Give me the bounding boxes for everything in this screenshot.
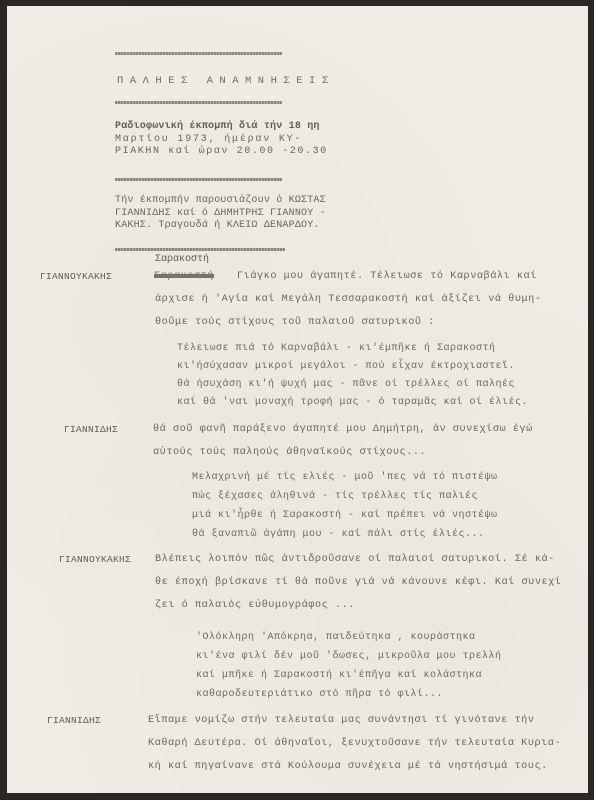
verse-line: θά ήσυχάση κι'ή ψυχή μας - πᾶνε οί τρέλλ… (177, 379, 528, 397)
document-title: ΠΑΛΗΕΣ ΑΝΑΜΝΗΣΕΙΣ (117, 75, 335, 87)
broadcast-info-line: ΡΙΑΚΗΝ καί ώραν 20.00 -20.30 (115, 146, 328, 159)
speaker-name: ΓΙΑΝΝΙΔΗΣ (64, 424, 118, 435)
verse-line: καί θά 'ναι μοναχή τροφή μας - ό ταραμᾶς… (177, 397, 528, 415)
broadcast-info-line: Ραδιοφωνική έκπομπή διά τήν 18 ηη (115, 121, 328, 134)
verse-block: 'Ολόκληρη 'Απόκρηα, παιδεύτηκα , κουράστ… (196, 632, 502, 708)
verse-line: πώς ξέχασες άληθινά - τίς τρέλλες τίς πα… (192, 491, 498, 510)
presenters-line: Τήν έκπομπήν παρουσιάζουν ό ΚΩΣΤΑΣ (115, 195, 326, 208)
broadcast-info: Ραδιοφωνική έκπομπή διά τήν 18 ηη Μαρτίο… (115, 121, 328, 159)
struck-word: Σαρακοστή (154, 271, 214, 282)
verse-line: καθαροδευτεριάτικο στό πῆρα τό φιλί... (196, 689, 502, 708)
verse-line: Τέλειωσε πιά τό Καρναβάλι - κι'έμπῆκε ή … (177, 343, 528, 361)
dialogue-line: θά σοῦ φανῆ παράξενο άγαπητέ μου Δημήτρη… (153, 424, 533, 435)
dialogue-line: άρχισε ή 'Αγία καί Μεγάλη Τεσσαρακοστή κ… (155, 294, 541, 305)
dialogue-line: θοῦμε τούς στίχους τοῦ παλαιοῦ σατυρικοῦ… (155, 317, 435, 328)
speaker-name: ΓΙΑΝΝΟΥΚΑΚΗΣ (40, 271, 112, 282)
verse-block: Μελαχρινή μέ τίς ελιές - μοῦ 'πες νά τό … (192, 472, 498, 548)
dialogue-line: αὐτούς τούς παληούς άθηναϊκούς στίχους..… (153, 447, 426, 458)
broadcast-info-line: Μαρτίου 1973, ήμέραν ΚΥ- (115, 134, 328, 147)
speaker-name: ΓΙΑΝΝΟΥΚΑΚΗΣ (59, 554, 131, 565)
verse-line: κι'ήσύχασαν μικροί μεγάλοι - πού εἶχαν έ… (177, 361, 528, 379)
dialogue-line: Βλέπεις λοιπόν πῶς άντιδροῦσανε οί παλαι… (155, 554, 555, 565)
dialogue-line: Καθαρή Δευτέρα. Οί άθηναῖοι, ξενυχτοῦσαν… (148, 738, 561, 749)
dialogue-line: ζει ό παλαιός εὐθυμογράφος ... (155, 600, 355, 611)
presenters-info: Τήν έκπομπήν παρουσιάζουν ό ΚΩΣΤΑΣ ΓΙΑΝΝ… (115, 195, 326, 233)
dialogue-line: θε έποχή βρίσκανε τί θά ποῦνε γιά νά κάν… (155, 577, 561, 588)
verse-line: θά ξαναπιῶ άγάπη μου - καί πάλι στίς έλι… (192, 529, 498, 548)
presenters-rule (115, 248, 285, 251)
dialogue-line: Γιάγκο μου άγαπητέ. Τέλειωσε τό Καρναβάλ… (237, 271, 537, 282)
verse-line: μιά κι'ἦρθε ή Σαρακοστή - καί πρέπει νά … (192, 510, 498, 529)
dialogue-line: Εἴπαμε νομίζω στήν τελευταία μας συνάντη… (148, 715, 534, 726)
verse-block: Τέλειωσε πιά τό Καρναβάλι - κι'έμπῆκε ή … (177, 343, 528, 415)
verse-line: Μελαχρινή μέ τίς ελιές - μοῦ 'πες νά τό … (192, 472, 498, 491)
verse-line: καί μπῆκε ή Σαρακοστή κι'έπῆγα καί κολάσ… (196, 670, 502, 689)
handwritten-correction: Σαρακοστή (155, 254, 209, 265)
verse-line: 'Ολόκληρη 'Απόκρηα, παιδεύτηκα , κουράστ… (196, 632, 502, 651)
presenters-line: ΓΙΑΝΝΙΔΗΣ καί ό ΔΗΜΗΤΡΗΣ ΓΙΑΝΝΟΥ - (115, 208, 326, 221)
top-rule (115, 52, 282, 55)
typewritten-page: ΠΑΛΗΕΣ ΑΝΑΜΝΗΣΕΙΣ Ραδιοφωνική έκπομπή δι… (7, 6, 588, 793)
dialogue-line: κή καί πηγαίνανε στά Κούλουμα συνέχεια μ… (148, 761, 548, 772)
speaker-name: ΓΙΑΝΝΙΔΗΣ (47, 715, 101, 726)
verse-line: κι'ένα φιλί δέν μοῦ 'δωσες, μικροῦλα μου… (196, 651, 502, 670)
title-rule (115, 101, 282, 104)
presenters-line: ΚΑΚΗΣ. Τραγουδά ή ΚΛΕΙΩ ΔΕΝΑΡΔΟΥ. (115, 220, 326, 233)
info-rule (115, 178, 282, 181)
